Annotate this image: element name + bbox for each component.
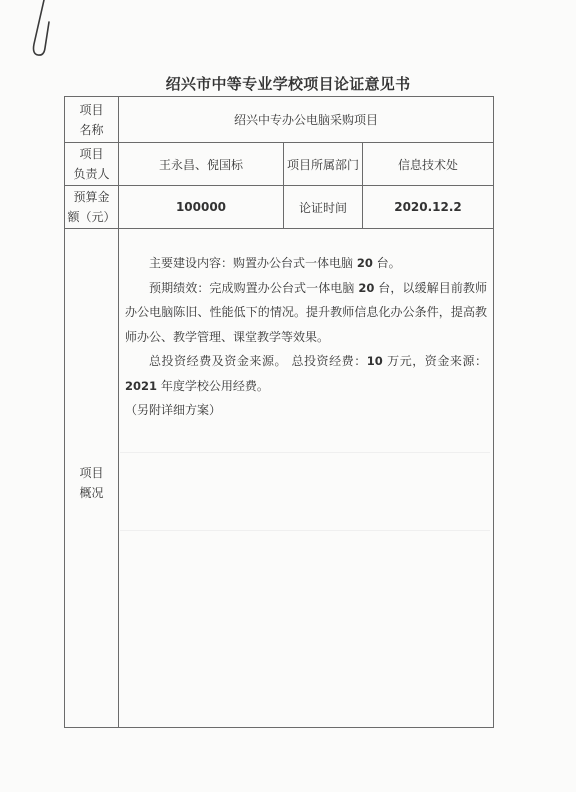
overview-paragraph-attachment-note: （另附详细方案）: [125, 398, 487, 423]
document-title: 绍兴市中等专业学校项目论证意见书: [0, 73, 576, 94]
project-leader-label-line1: 项目: [65, 144, 118, 164]
performance-quantity: 20: [358, 281, 374, 295]
project-name-label-cell: 项目 名称: [65, 97, 119, 143]
budget-label-cell: 预算金 额（元）: [65, 186, 119, 229]
funding-text: 总投资经费及资金来源。 总投资经费：: [149, 354, 367, 368]
evaluation-date-label: 论证时间: [284, 186, 363, 229]
overview-paragraph-performance: 预期绩效：完成购置办公台式一体电脑 20 台，以缓解目前教师办公电脑陈旧、性能低…: [125, 276, 487, 350]
overview-label-line1: 项目: [65, 463, 118, 483]
construction-text: 主要建设内容：购置办公台式一体电脑: [149, 256, 357, 270]
project-leader-value: 王永昌、倪国标: [119, 143, 284, 186]
evaluation-date-value: 2020.12.2: [363, 186, 494, 229]
project-name-label-line1: 项目: [65, 100, 118, 120]
row-project-leader: 项目 负责人 王永昌、倪国标 项目所属部门 信息技术处: [65, 143, 494, 186]
funding-source-label: 万元，资金来源：: [383, 354, 487, 368]
overview-paragraph-construction: 主要建设内容：购置办公台式一体电脑 20 台。: [125, 251, 487, 276]
computer-quantity: 20: [357, 256, 373, 270]
budget-label-line2: 额（元）: [65, 207, 118, 227]
funding-year: 2021: [125, 379, 157, 393]
overview-label-line2: 概况: [65, 483, 118, 503]
row-overview: 项目 概况 主要建设内容：购置办公台式一体电脑 20 台。 预期绩效：完成购置办…: [65, 229, 494, 728]
construction-text-end: 台。: [373, 256, 401, 270]
row-budget: 预算金 额（元） 100000 论证时间 2020.12.2: [65, 186, 494, 229]
budget-label-line1: 预算金: [65, 187, 118, 207]
project-leader-label-cell: 项目 负责人: [65, 143, 119, 186]
evaluation-form-table: 项目 名称 绍兴中专办公电脑采购项目 项目 负责人 王永昌、倪国标 项目所属部门…: [64, 96, 494, 728]
funding-source-text: 年度学校公用经费。: [157, 379, 269, 393]
department-label: 项目所属部门: [284, 143, 363, 186]
overview-content: 主要建设内容：购置办公台式一体电脑 20 台。 预期绩效：完成购置办公台式一体电…: [119, 229, 494, 728]
budget-value: 100000: [119, 186, 284, 229]
overview-label-cell: 项目 概况: [65, 229, 119, 728]
overview-paragraph-funding: 总投资经费及资金来源。 总投资经费：10 万元，资金来源：2021 年度学校公用…: [125, 349, 487, 398]
project-leader-label-line2: 负责人: [65, 164, 118, 184]
project-name-label-line2: 名称: [65, 120, 118, 140]
department-value: 信息技术处: [363, 143, 494, 186]
row-project-name: 项目 名称 绍兴中专办公电脑采购项目: [65, 97, 494, 143]
performance-text: 预期绩效：完成购置办公台式一体电脑: [149, 281, 358, 295]
paperclip-icon: [28, 0, 54, 58]
total-investment: 10: [367, 354, 383, 368]
project-name-value: 绍兴中专办公电脑采购项目: [119, 97, 494, 143]
